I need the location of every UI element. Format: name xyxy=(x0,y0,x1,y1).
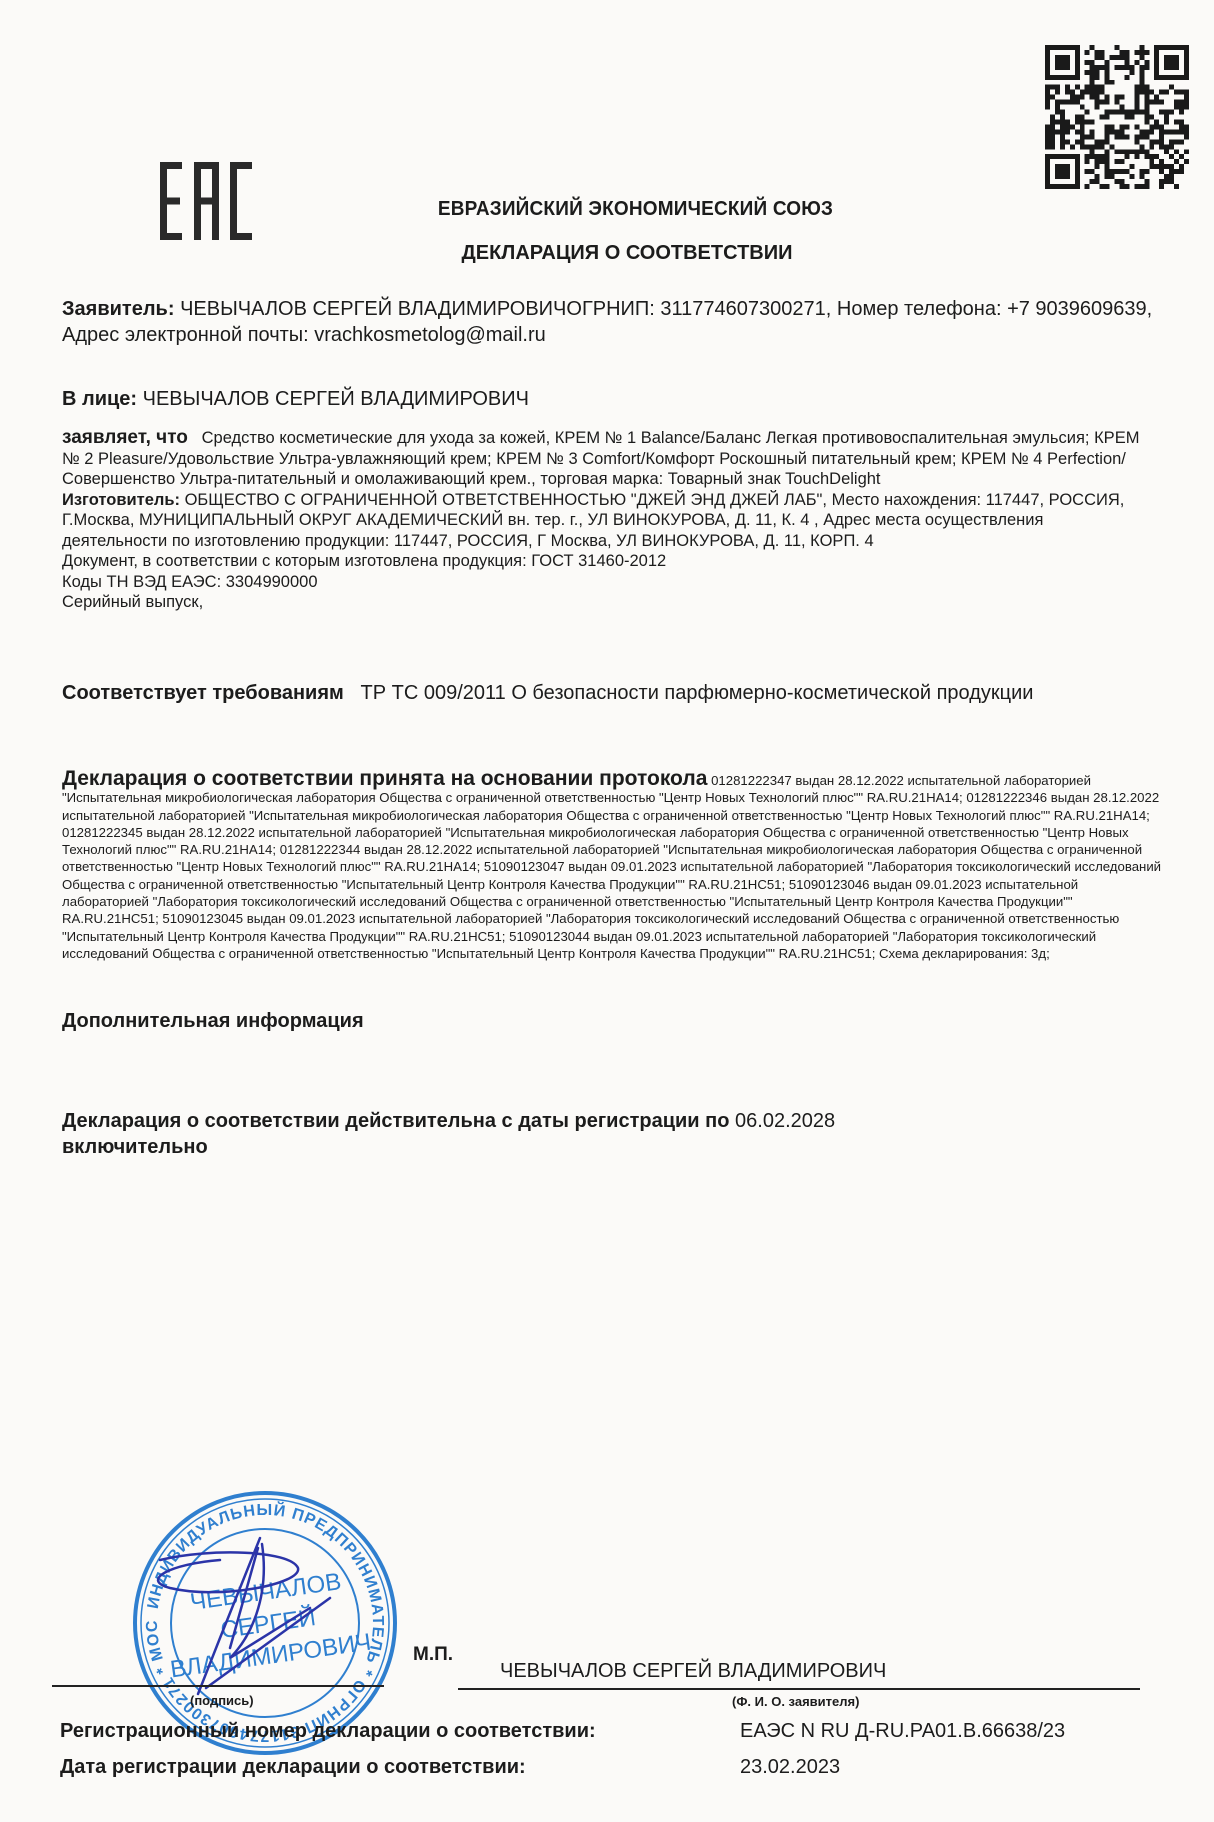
basis-text: 01281222347 выдан 28.12.2022 испытательн… xyxy=(62,773,1161,961)
validity-label: Декларация о соответствии действительна … xyxy=(62,1110,729,1132)
registration-date-label: Дата регистрации декларации о соответств… xyxy=(60,1756,526,1779)
name-caption: (Ф. И. О. заявителя) xyxy=(732,1694,859,1709)
document-title: ДЕКЛАРАЦИЯ О СООТВЕТСТВИИ xyxy=(0,242,1214,265)
registration-date-value: 23.02.2023 xyxy=(740,1756,840,1779)
declares-label: заявляет, что xyxy=(62,427,188,448)
manufacturer-label: Изготовитель: xyxy=(62,491,180,509)
requirements-label: Соответствует требованиям xyxy=(62,682,344,704)
mp-label: М.П. xyxy=(413,1644,453,1666)
represented-by-section: В лице: ЧЕВЫЧАЛОВ СЕРГЕЙ ВЛАДИМИРОВИЧ xyxy=(62,386,1172,412)
manufacturer-text: ОБЩЕСТВО С ОГРАНИЧЕННОЙ ОТВЕТСТВЕННОСТЬЮ… xyxy=(62,491,1124,550)
registration-number-label: Регистрационный номер декларации о соотв… xyxy=(60,1720,596,1743)
basis-section: Декларация о соответствии принята на осн… xyxy=(62,770,1162,962)
basis-label: Декларация о соответствии принята на осн… xyxy=(62,767,707,790)
stamp-seal: ИНДИВИДУАЛЬНЫЙ ПРЕДПРИНИМАТЕЛЬ * ОГРНИП … xyxy=(130,1488,400,1758)
requirements-text: ТР ТС 009/2011 О безопасности парфюмерно… xyxy=(361,682,1034,704)
serial-release: Серийный выпуск, xyxy=(62,593,203,611)
applicant-text: ЧЕВЫЧАЛОВ СЕРГЕЙ ВЛАДИМИРОВИЧОГРНИП: 311… xyxy=(62,298,1152,346)
union-title: ЕВРАЗИЙСКИЙ ЭКОНОМИЧЕСКИЙ СОЮЗ xyxy=(30,198,1183,221)
declares-section: заявляет, что Средство косметические для… xyxy=(62,428,1142,613)
applicant-name: ЧЕВЫЧАЛОВ СЕРГЕЙ ВЛАДИМИРОВИЧ xyxy=(500,1660,886,1683)
signature-line xyxy=(52,1685,384,1687)
validity-suffix: включительно xyxy=(62,1136,208,1158)
validity-section: Декларация о соответствии действительна … xyxy=(62,1108,1062,1160)
standard-document: Документ, в соответствии с которым изгот… xyxy=(62,552,666,570)
additional-info-label: Дополнительная информация xyxy=(62,1010,1172,1033)
represented-by-label: В лице: xyxy=(62,388,137,410)
validity-date: 06.02.2028 xyxy=(735,1110,835,1132)
applicant-section: Заявитель: ЧЕВЫЧАЛОВ СЕРГЕЙ ВЛАДИМИРОВИЧ… xyxy=(62,296,1172,348)
signature-caption: (подпись) xyxy=(190,1693,254,1708)
represented-by-text: ЧЕВЫЧАЛОВ СЕРГЕЙ ВЛАДИМИРОВИЧ xyxy=(143,388,529,410)
qr-code xyxy=(1045,43,1189,191)
applicant-label: Заявитель: xyxy=(62,298,175,320)
name-line xyxy=(458,1688,1140,1690)
requirements-section: Соответствует требованиям ТР ТС 009/2011… xyxy=(62,680,1132,706)
tn-ved-codes: Коды ТН ВЭД ЕАЭС: 3304990000 xyxy=(62,573,318,591)
declares-text: Средство косметические для ухода за коже… xyxy=(62,429,1139,488)
registration-number-value: ЕАЭС N RU Д-RU.РА01.В.66638/23 xyxy=(740,1720,1065,1743)
